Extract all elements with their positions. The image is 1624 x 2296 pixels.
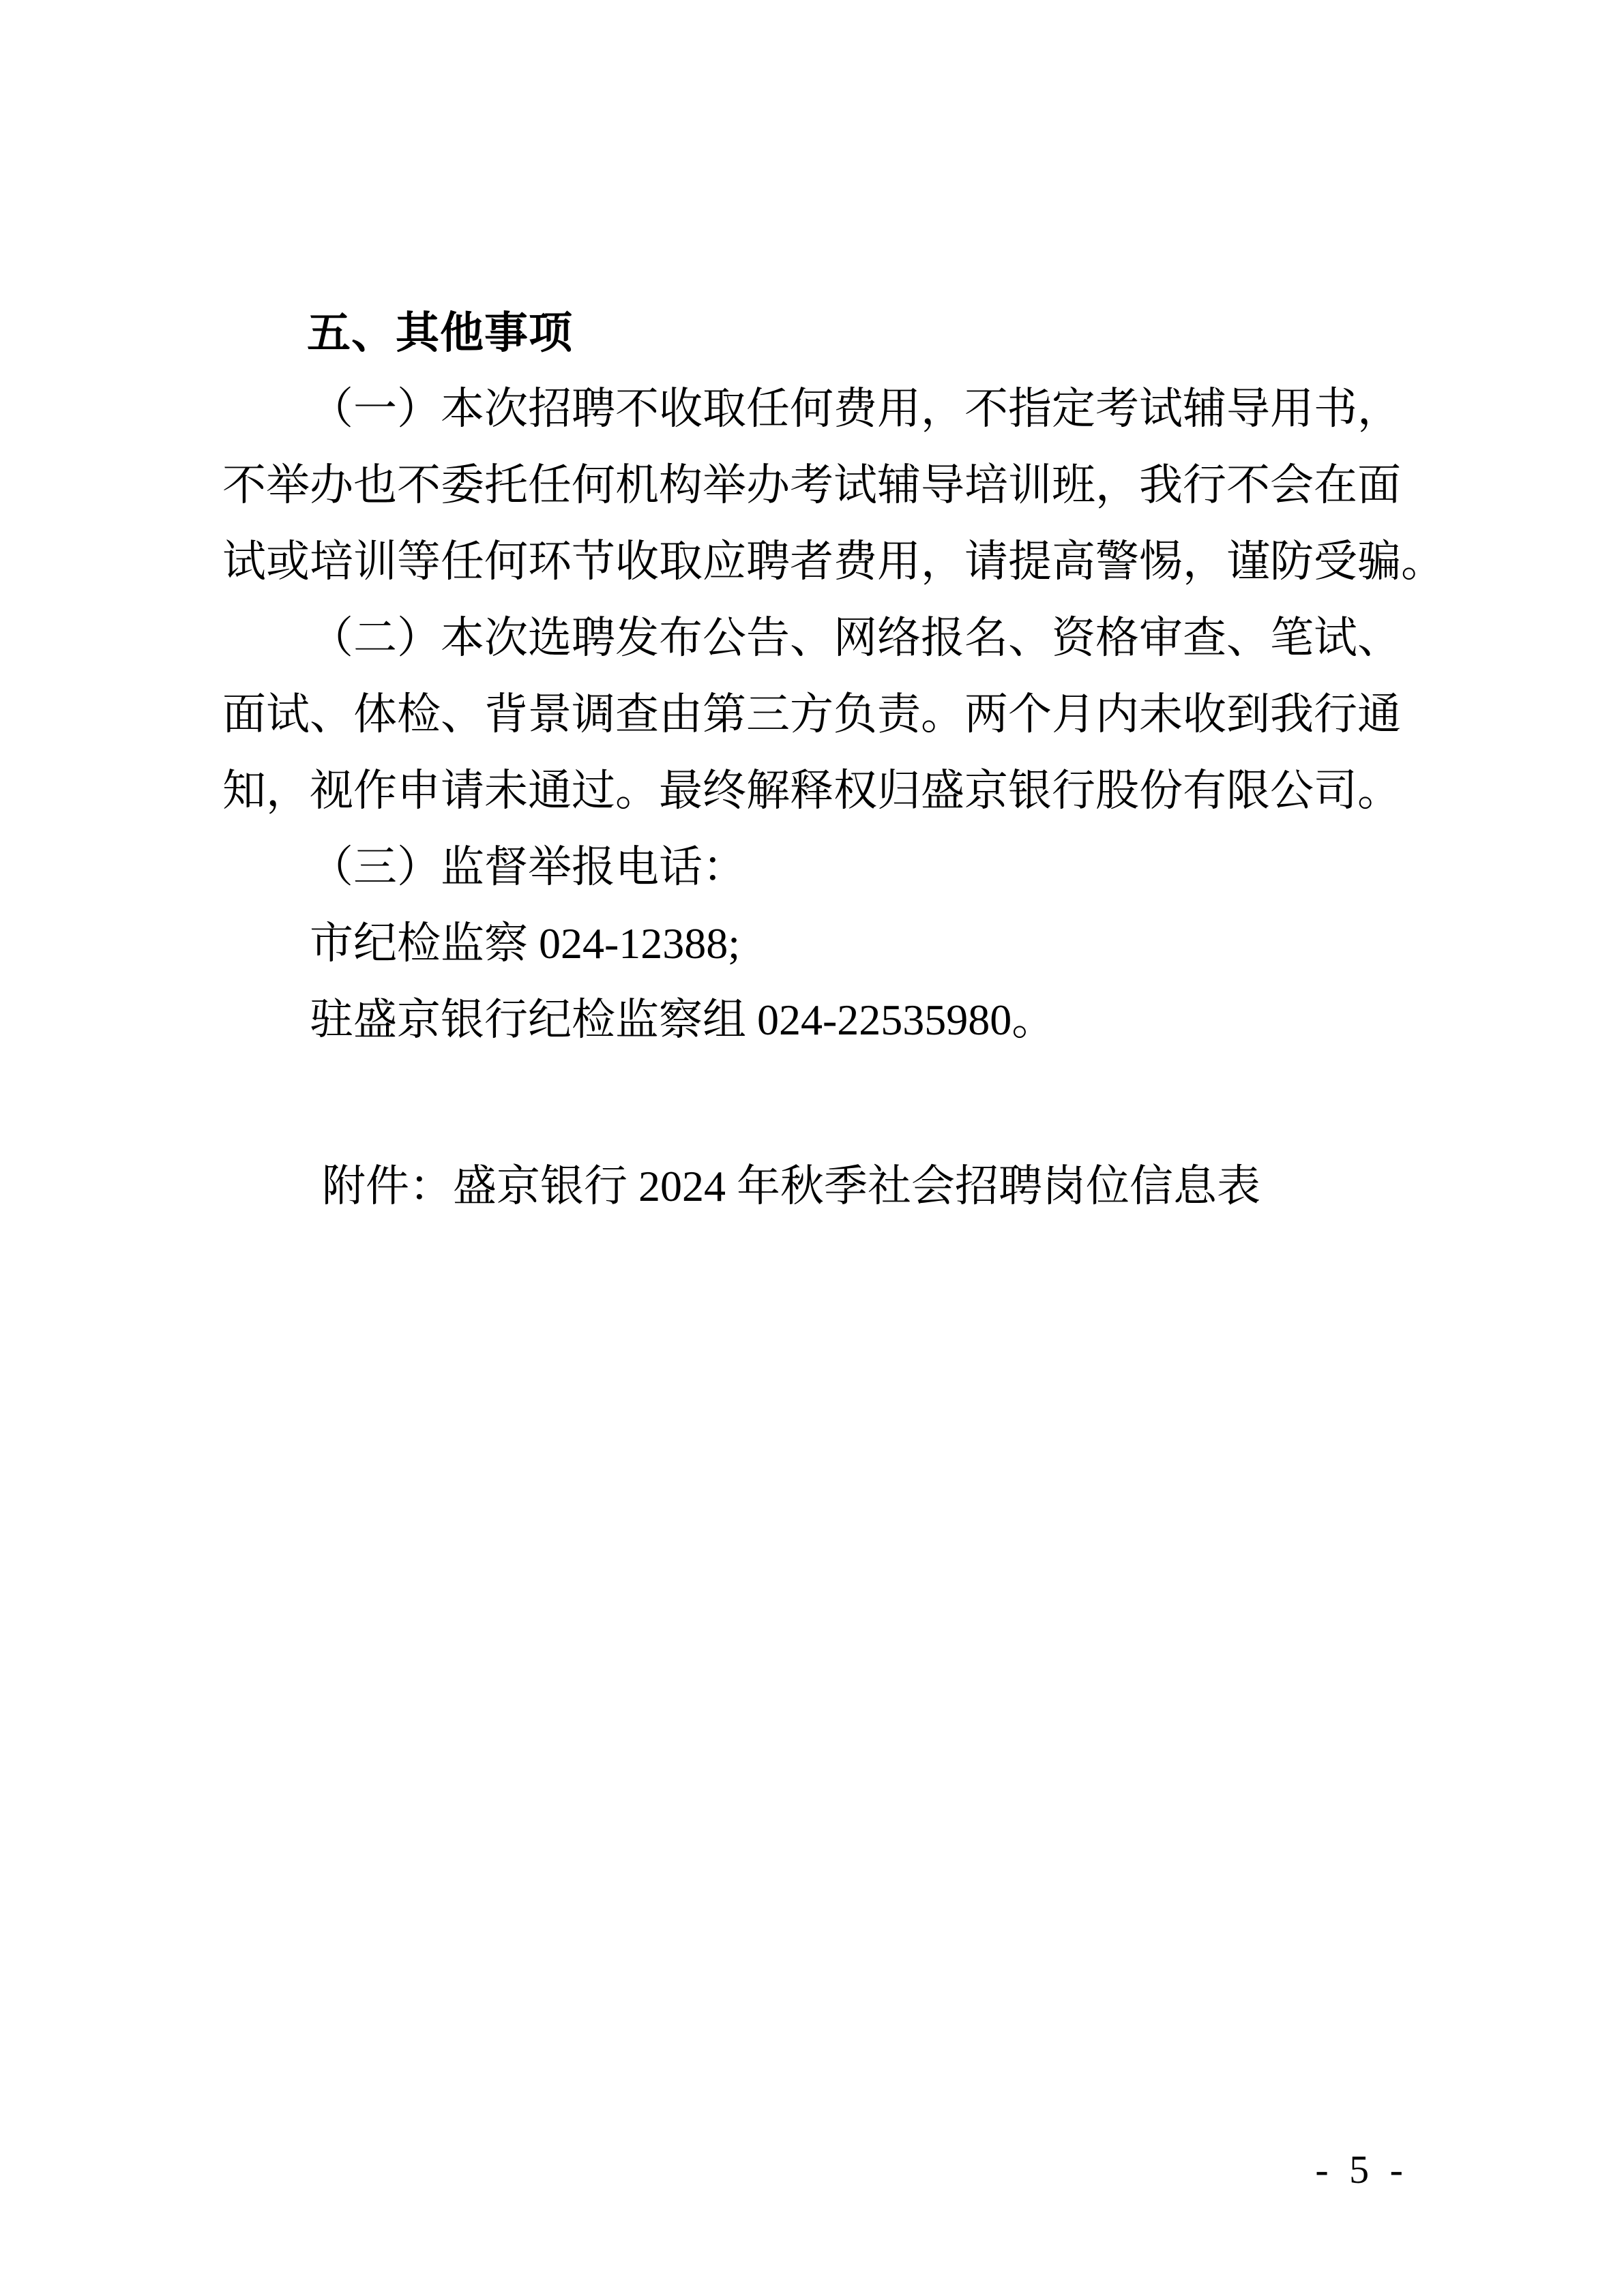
body-line: 市纪检监察 024-12388; [222, 906, 1445, 982]
body-line: 试或培训等任何环节收取应聘者费用，请提高警惕，谨防受骗。 [222, 524, 1445, 600]
attachment-line: 附件：盛京银行 2024 年秋季社会招聘岗位信息表 [222, 1148, 1445, 1225]
document-body: 五、其他事项 （一）本次招聘不收取任何费用，不指定考试辅导用书， 不举办也不委托… [222, 295, 1445, 1225]
body-line: （二）本次选聘发布公告、网络报名、资格审查、笔试、 [222, 600, 1445, 676]
body-line: 面试、体检、背景调查由第三方负责。两个月内未收到我行通 [222, 676, 1445, 753]
page-number: - 5 - [1315, 2132, 1408, 2208]
body-line: （一）本次招聘不收取任何费用，不指定考试辅导用书， [222, 371, 1445, 447]
body-line: 驻盛京银行纪检监察组 024-22535980。 [222, 982, 1445, 1058]
body-line: 知，视作申请未通过。最终解释权归盛京银行股份有限公司。 [222, 753, 1445, 829]
body-line: （三）监督举报电话： [222, 829, 1445, 906]
document-page: 五、其他事项 （一）本次招聘不收取任何费用，不指定考试辅导用书， 不举办也不委托… [0, 0, 1624, 2296]
section-heading: 五、其他事项 [222, 295, 1445, 371]
body-line: 不举办也不委托任何机构举办考试辅导培训班，我行不会在面 [222, 447, 1445, 524]
